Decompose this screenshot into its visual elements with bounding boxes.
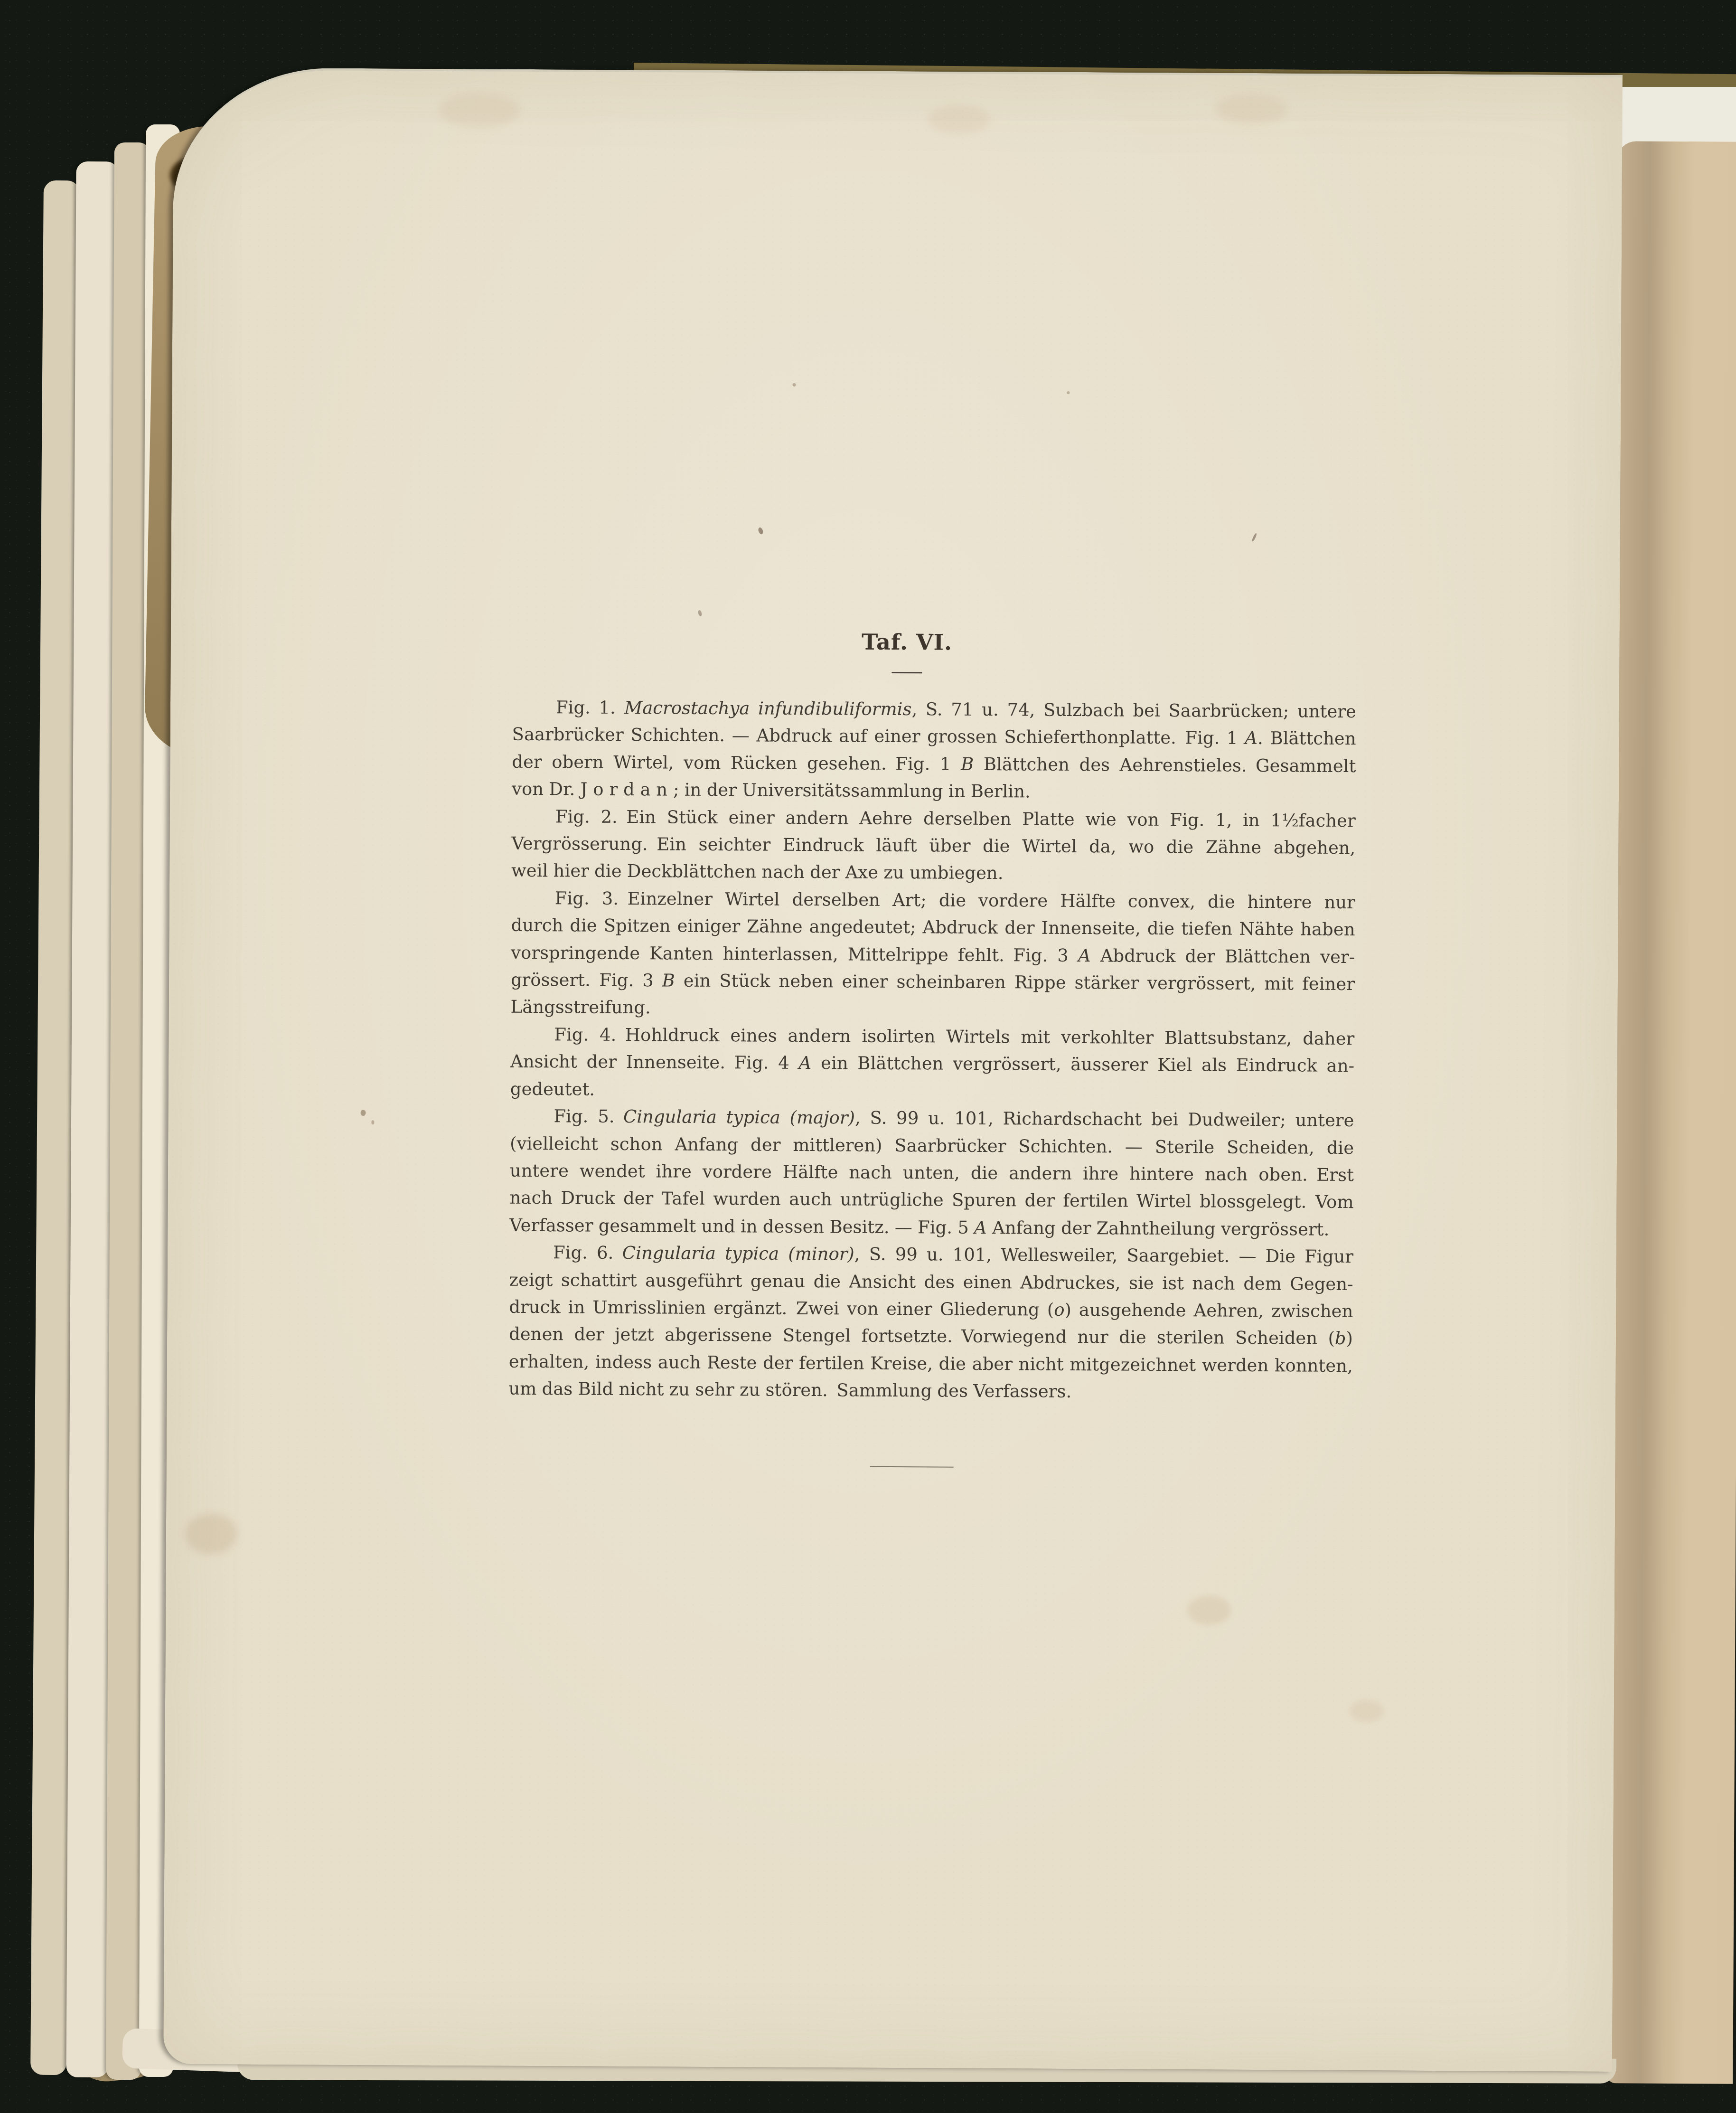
text-line: Ansicht der Innenseite. Fig. 4 A ein Blä… <box>510 1048 1354 1080</box>
text-segment: , S. 71 u. 74, Sulzbach bei Saarbrücken;… <box>911 699 1356 722</box>
text-segment: weil hier die Deckblättchen nach der Axe… <box>511 860 1004 883</box>
text-segment: Ansicht der Innenseite. Fig. 4 <box>510 1051 799 1073</box>
text-line: Vergrösserung. Ein seichter Eindruck läu… <box>511 830 1355 862</box>
text-line: Fig. 5. Cingularia typica (major), S. 99… <box>510 1103 1354 1134</box>
text-segment: Cingularia typica (major) <box>623 1106 855 1128</box>
text-line: druck in Umrisslinien ergänzt. Zwei von … <box>509 1293 1353 1325</box>
text-line: von Dr. Jordan; in der Universitätssamml… <box>512 775 1356 807</box>
text-line: erhalten, indess auch Reste der fertilen… <box>509 1348 1353 1380</box>
text-line: Fig. 4. Hohldruck eines andern isolirten… <box>510 1021 1354 1053</box>
ink-mark <box>371 1120 374 1124</box>
text-segment: Fig. 3. Einzelner Wirtel derselben Art; … <box>555 888 1355 913</box>
text-segment: nach Druck der Tafel wurden auch untrügl… <box>509 1188 1353 1212</box>
text-segment: denen der jetzt abgerissene Stengel fort… <box>509 1324 1335 1349</box>
text-segment: untere wendet ihre vordere Hälfte nach u… <box>510 1160 1354 1185</box>
text-line: um das Bild nicht zu sehr zu stören. Sam… <box>508 1375 1352 1407</box>
text-segment: um das Bild nicht zu sehr zu stören. Sam… <box>508 1378 1071 1402</box>
text-line: Längsstreifung. <box>511 993 1355 1025</box>
text-segment: b <box>1335 1328 1346 1349</box>
paragraph: Fig. 2. Ein Stück einer andern Aehre der… <box>511 802 1356 889</box>
text-segment: Verfasser gesammelt und in dessen Besitz… <box>509 1215 974 1237</box>
closing-rule <box>870 1466 954 1468</box>
main-page: Taf. VI. Fig. 1. Macrostachya infundibul… <box>163 67 1623 2072</box>
paragraph: Fig. 3. Einzelner Wirtel derselben Art; … <box>511 885 1355 1025</box>
foxing-stain <box>185 1513 237 1555</box>
text-segment: o <box>1054 1300 1065 1320</box>
text-segment: A <box>798 1053 811 1073</box>
foxing-stain <box>1215 94 1286 124</box>
text-segment: Fig. 5. <box>554 1106 623 1127</box>
foxing-stain <box>1187 1595 1231 1625</box>
adjacent-tan-leaf <box>1607 141 1736 2084</box>
text-segment: ; in der Universitätssammlung in Berlin. <box>673 780 1031 802</box>
text-line: Fig. 2. Ein Stück einer andern Aehre der… <box>512 802 1356 834</box>
text-segment: Cingularia typica (minor) <box>622 1243 854 1264</box>
text-segment: Saarbrücker Schichten. — Abdruck auf ein… <box>512 724 1245 748</box>
scanned-book-photo: Taf. VI. Fig. 1. Macrostachya infundibul… <box>0 0 1736 2113</box>
text-segment: A <box>1245 728 1257 748</box>
text-segment: (vielleicht schon Anfang der mittleren) … <box>510 1133 1354 1158</box>
foxing-stain <box>1350 1700 1384 1722</box>
text-segment: Blättchen des Aehrenstieles. Gesammelt <box>974 754 1356 776</box>
text-segment: Vergrösserung. Ein seichter Eindruck läu… <box>511 833 1355 858</box>
text-segment: Fig. 1. <box>556 697 625 718</box>
text-line: grössert. Fig. 3 B ein Stück neben einer… <box>511 966 1355 998</box>
paragraph: Fig. 1. Macrostachya infundibuliformis, … <box>512 694 1356 807</box>
figure-descriptions: Fig. 1. Macrostachya infundibuliformis, … <box>508 694 1356 1407</box>
text-segment: Fig. 4. Hohldruck eines andern isolirten… <box>554 1024 1354 1049</box>
foxing-speck <box>1067 391 1070 394</box>
paragraph: Fig. 4. Hohldruck eines andern isolirten… <box>510 1021 1355 1107</box>
text-segment: Anfang der Zahntheilung vergrössert. <box>987 1217 1330 1240</box>
text-segment: Längsstreifung. <box>511 997 651 1018</box>
text-line: Fig. 1. Macrostachya infundibuliformis, … <box>512 694 1356 726</box>
text-segment: , S. 99 u. 101, Richardschacht bei Dudwe… <box>855 1108 1354 1131</box>
text-segment: A <box>1078 945 1091 966</box>
plate-heading: Taf. VI. <box>485 627 1329 657</box>
text-line: weil hier die Deckblättchen nach der Axe… <box>511 857 1355 889</box>
foxing-stain <box>928 105 990 134</box>
heading-rule <box>891 672 922 673</box>
text-line: nach Druck der Tafel wurden auch untrügl… <box>509 1184 1353 1216</box>
text-line: denen der jetzt abgerissene Stengel fort… <box>509 1321 1353 1352</box>
text-segment: , S. 99 u. 101, Wellesweiler, Saargebiet… <box>854 1244 1353 1267</box>
text-segment: ) ausgehende Aehren, zwischen <box>1064 1300 1353 1321</box>
text-segment: durch die Spitzen einiger Zähne angedeut… <box>511 915 1355 940</box>
text-segment: A <box>974 1217 987 1238</box>
text-segment: erhalten, indess auch Reste der fertilen… <box>509 1351 1353 1376</box>
text-segment: . Blättchen <box>1257 728 1356 749</box>
foxing-stain <box>439 93 520 128</box>
text-segment: von Dr. <box>512 779 581 800</box>
paragraph: Fig. 6. Cingularia typica (minor), S. 99… <box>508 1239 1353 1407</box>
paragraph: Fig. 5. Cingularia typica (major), S. 99… <box>509 1103 1354 1243</box>
text-segment: B <box>961 754 974 774</box>
text-line: der obern Wirtel, vom Rücken gesehen. Fi… <box>512 748 1356 780</box>
text-segment: druck in Umrisslinien ergänzt. Zwei von … <box>509 1297 1054 1320</box>
ink-mark <box>758 527 764 535</box>
text-line: untere wendet ihre vordere Hälfte nach u… <box>510 1157 1354 1189</box>
text-segment: der obern Wirtel, vom Rücken gesehen. Fi… <box>512 752 961 774</box>
text-segment: gedeutet. <box>510 1078 595 1099</box>
text-segment: zeigt schattirt ausgeführt genau die Ans… <box>509 1269 1353 1294</box>
text-line: gedeutet. <box>510 1075 1354 1107</box>
text-line: Saarbrücker Schichten. — Abdruck auf ein… <box>512 721 1356 753</box>
text-line: Fig. 6. Cingularia typica (minor), S. 99… <box>509 1239 1353 1271</box>
text-segment: B <box>662 971 675 991</box>
ink-mark <box>1251 533 1257 542</box>
text-segment: Macrostachya infundibuliformis <box>624 698 911 719</box>
text-line: durch die Spitzen einiger Zähne angedeut… <box>511 912 1355 943</box>
text-segment: ein Blättchen vergrössert, äusserer Kiel… <box>811 1053 1354 1076</box>
text-segment: Abdruck der Blättchen ver- <box>1091 945 1355 967</box>
ink-mark <box>360 1110 366 1116</box>
text-line: Verfasser gesammelt und in dessen Besitz… <box>509 1211 1353 1243</box>
text-segment: ) <box>1346 1328 1353 1349</box>
text-segment: Fig. 2. Ein Stück einer andern Aehre der… <box>555 806 1356 831</box>
text-segment: ein Stück neben einer scheinbaren Rippe … <box>675 971 1355 994</box>
text-line: zeigt schattirt ausgeführt genau die Ans… <box>509 1266 1353 1298</box>
ink-mark <box>697 610 702 616</box>
text-segment: Jordan <box>581 779 674 800</box>
text-segment: grössert. Fig. 3 <box>511 970 662 991</box>
text-line: vorspringende Kanten hinterlassen, Mitte… <box>511 939 1355 971</box>
foxing-speck <box>793 383 796 387</box>
text-segment: vorspringende Kanten hinterlassen, Mitte… <box>511 942 1078 965</box>
text-segment: Fig. 6. <box>553 1242 622 1263</box>
text-line: Fig. 3. Einzelner Wirtel derselben Art; … <box>511 885 1355 916</box>
text-line: (vielleicht schon Anfang der mittleren) … <box>510 1130 1354 1161</box>
